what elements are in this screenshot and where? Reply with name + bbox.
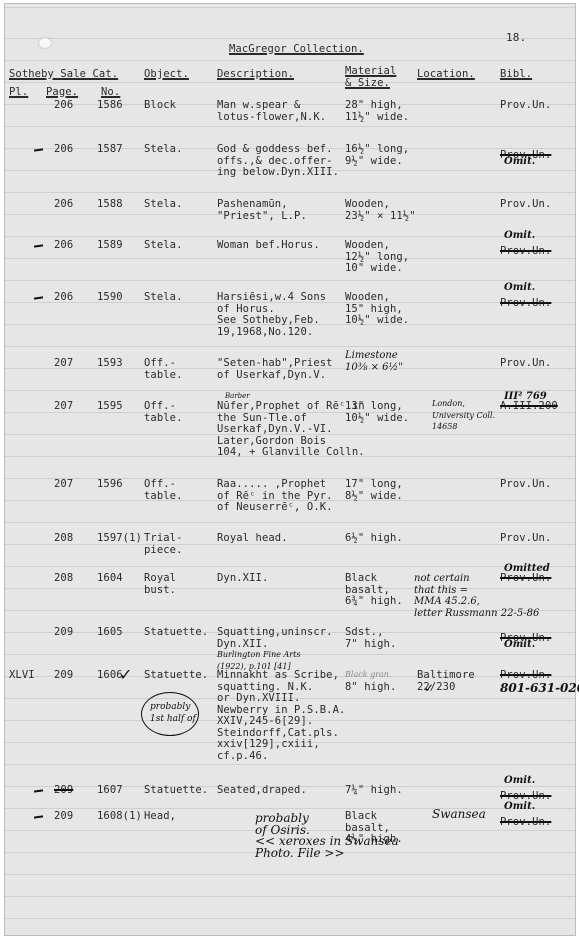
cell-description: Nūfer,Prophet of Rēᶜ in	[217, 401, 365, 413]
cell-description: 104, + Glanville Colln.	[217, 447, 365, 459]
cell-object: Stela.	[144, 240, 183, 252]
handwritten-material: 10⅜ × 6½"	[345, 362, 403, 373]
cell-material-size: 7" high.	[345, 639, 396, 651]
cell-object: table.	[144, 491, 183, 503]
cell-object: table.	[144, 370, 183, 382]
cell-bibliography: Prov.Un.	[500, 479, 551, 491]
cell-description: Raa..... ,Prophet	[217, 479, 326, 491]
cell-object: Trial-	[144, 533, 183, 545]
handwritten-annotation: Barber	[225, 392, 250, 400]
handwritten-bibliography: Omitted	[504, 563, 550, 574]
cell-material-size: 4½" high.	[345, 834, 403, 846]
handwritten-bibliography: Omit.	[504, 282, 535, 293]
cell-object: piece.	[144, 545, 183, 557]
check-dash-mark	[34, 815, 43, 818]
cell-material-size: Wooden,	[345, 199, 390, 211]
cell-object: Statuette.	[144, 785, 208, 797]
header-pl: Pl.	[9, 87, 28, 99]
header-location: Location.	[417, 69, 475, 81]
cell-location: Baltimore	[417, 670, 475, 682]
cell-material-size: 10" wide.	[345, 263, 403, 275]
cell-bibliography: Prov.Un.	[500, 199, 551, 211]
cell-object: Statuette.	[144, 670, 208, 682]
cell-description: cf.p.46.	[217, 751, 268, 763]
cell-description: Minnakht as Scribe,	[217, 670, 339, 682]
cell-material-size: Wooden,	[345, 292, 390, 304]
cell-number: 1587	[97, 144, 123, 156]
cell-page: 209	[54, 811, 73, 823]
cell-number: 1607	[97, 785, 123, 797]
cell-description: "Seten-hab",Priest	[217, 358, 333, 370]
cell-page: 209	[54, 785, 73, 797]
cell-material-size: 8½" wide.	[345, 491, 403, 503]
handwritten-note: Photo. File >>	[255, 844, 345, 863]
cell-description: Man w.spear &	[217, 100, 300, 112]
cell-page: 206	[54, 100, 73, 112]
header-object: Object.	[144, 69, 189, 81]
cell-bibliography: Prov.Un.	[500, 100, 551, 112]
cell-material-size: 16½" long,	[345, 144, 409, 156]
cell-material-size: 6½" high.	[345, 533, 403, 545]
page-number: 18.	[506, 32, 526, 44]
header-bibl: Bibl.	[500, 69, 532, 81]
cell-page: 208	[54, 533, 73, 545]
header-page: Page.	[46, 87, 78, 99]
cell-page: 206	[54, 199, 73, 211]
cell-description: XXIV,245-6[29].	[217, 716, 313, 728]
cell-material-size: 11½" wide.	[345, 112, 409, 124]
cell-page: 209	[54, 670, 73, 682]
cell-description: Royal head.	[217, 533, 288, 545]
cell-description: 19,1968,No.120.	[217, 327, 313, 339]
cell-page: 207	[54, 479, 73, 491]
handwritten-bibliography: Omit.	[504, 801, 535, 812]
cell-number: 1604	[97, 573, 123, 585]
cell-number: 1597(1)	[97, 533, 142, 545]
cell-object: Off.-	[144, 358, 176, 370]
cell-bibliography: Prov.Un.	[500, 246, 551, 258]
header-description: Description.	[217, 69, 294, 81]
cell-description: See Sotheby,Feb.	[217, 315, 320, 327]
cell-bibliography: Prov.Un.	[500, 358, 551, 370]
cell-page: 207	[54, 358, 73, 370]
cell-object: bust.	[144, 585, 176, 597]
cell-description: Pashenamūn,	[217, 199, 288, 211]
cell-description: of Userkaf,Dyn.V.	[217, 370, 326, 382]
cell-object: Royal	[144, 573, 176, 585]
cell-description: Dyn.XII.	[217, 573, 268, 585]
cell-object: Off.-	[144, 479, 176, 491]
handwritten-location: letter Russmann 22-5-86	[414, 606, 539, 621]
handwritten-bibliography: 801-631-020	[500, 681, 579, 695]
handwritten-bibliography: Omit.	[504, 230, 535, 241]
header-sotheby-sale-cat: Sotheby Sale Cat.	[9, 69, 118, 81]
handwritten-location: University Coll.	[432, 411, 495, 421]
cell-description: or Dyn.XVIII.	[217, 693, 300, 705]
check-dash-mark	[34, 789, 43, 792]
cell-description: God & goddess bef.	[217, 144, 333, 156]
check-dash-mark	[34, 244, 43, 247]
cell-description: xxiv[129],cxiii,	[217, 739, 320, 751]
document-page: 18. MacGregor Collection. Sotheby Sale C…	[4, 3, 576, 936]
handwritten-note: Burlington Fine Arts	[217, 650, 300, 659]
cell-object: Stela.	[144, 292, 183, 304]
cell-number: 1586	[97, 100, 123, 112]
cell-material-size: Sdst.,	[345, 627, 384, 639]
cell-object: Statuette.	[144, 627, 208, 639]
cell-number: 1589	[97, 240, 123, 252]
handwritten-bibliography: Omit.	[504, 156, 535, 167]
circled-handwritten-note: 1st half of	[150, 714, 196, 724]
cell-page: 206	[54, 240, 73, 252]
handwritten-bibliography: Omit.	[504, 775, 535, 786]
cell-location: 22/230	[417, 682, 456, 694]
header-size: & Size.	[345, 78, 390, 90]
cell-object: Stela.	[144, 199, 183, 211]
cell-bibliography: Prov.Un.	[500, 298, 551, 310]
handwritten-bibliography: III² 769	[504, 391, 547, 402]
cell-description: Userkaf,Dyn.V.-VI.	[217, 424, 333, 436]
cell-number: 1596	[97, 479, 123, 491]
cell-description: Seated,draped.	[217, 785, 307, 797]
cell-bibliography: Prov.Un.	[500, 533, 551, 545]
cell-page: 209	[54, 627, 73, 639]
cell-material-size: 6¾" high.	[345, 596, 403, 608]
cell-object: table.	[144, 413, 183, 425]
cell-material-size: 10½" wide.	[345, 315, 409, 327]
cell-number: 1588	[97, 199, 123, 211]
cell-material-size: 23½" × 11½"	[345, 211, 416, 223]
cell-material-size: 7¼" high.	[345, 785, 403, 797]
punch-hole-mark	[39, 38, 51, 48]
handwritten-bibliography: Omit.	[504, 639, 535, 650]
cell-number: 1595	[97, 401, 123, 413]
cell-material-size: Black	[345, 811, 377, 823]
pencil-material-note: Black gran.	[345, 670, 392, 679]
cell-material-size: 10½" wide.	[345, 413, 409, 425]
checkmark-icon: ✓	[119, 665, 132, 684]
cell-material-size: 13" long,	[345, 401, 403, 413]
handwritten-material: Limestone	[345, 350, 398, 361]
cell-number: 1608(1)	[97, 811, 142, 823]
cell-description: ing below.Dyn.XIII.	[217, 167, 339, 179]
cell-object: Stela.	[144, 144, 183, 156]
cell-description: Squatting,uninscr.	[217, 627, 333, 639]
cell-page: 208	[54, 573, 73, 585]
cell-material-size: 8" high.	[345, 682, 396, 694]
checkmark-icon: ✓	[424, 681, 434, 695]
handwritten-location: London,	[432, 399, 465, 409]
cell-description: lotus-flower,N.K.	[217, 112, 326, 124]
cell-number: 1590	[97, 292, 123, 304]
handwritten-location: 14658	[432, 422, 457, 432]
cell-number: 1605	[97, 627, 123, 639]
cell-plate: XLVI	[9, 670, 35, 682]
cell-bibliography: A.III.200	[500, 401, 558, 413]
cell-description: Harsiēsi,w.4 Sons	[217, 292, 326, 304]
header-no: No.	[101, 87, 120, 99]
cell-description: "Priest", L.P.	[217, 211, 307, 223]
handwritten-location: Swansea	[432, 809, 486, 819]
cell-material-size: 28" high,	[345, 100, 403, 112]
cell-description: Woman bef.Horus.	[217, 240, 320, 252]
cell-description: Dyn.XII.	[217, 639, 268, 651]
cell-object: Off.-	[144, 401, 176, 413]
cell-bibliography: Prov.Un.	[500, 817, 551, 829]
circled-handwritten-note: probably	[150, 702, 190, 712]
cell-material-size: 9½" wide.	[345, 156, 403, 168]
cell-object: Head,	[144, 811, 176, 823]
cell-material-size: Wooden,	[345, 240, 390, 252]
cell-number: 1593	[97, 358, 123, 370]
cell-page: 207	[54, 401, 73, 413]
page-title: MacGregor Collection.	[229, 44, 364, 56]
check-dash-mark	[34, 296, 43, 299]
cell-bibliography: Prov.Un.	[500, 573, 551, 585]
cell-page: 206	[54, 144, 73, 156]
cell-object: Block	[144, 100, 176, 112]
cell-material-size: 17" long,	[345, 479, 403, 491]
cell-page: 206	[54, 292, 73, 304]
cell-material-size: Black	[345, 573, 377, 585]
cell-bibliography: Prov.Un.	[500, 670, 551, 682]
check-dash-mark	[34, 148, 43, 151]
cell-description: of Neuserrēᶜ, O.K.	[217, 502, 333, 514]
header-material: Material	[345, 66, 396, 78]
